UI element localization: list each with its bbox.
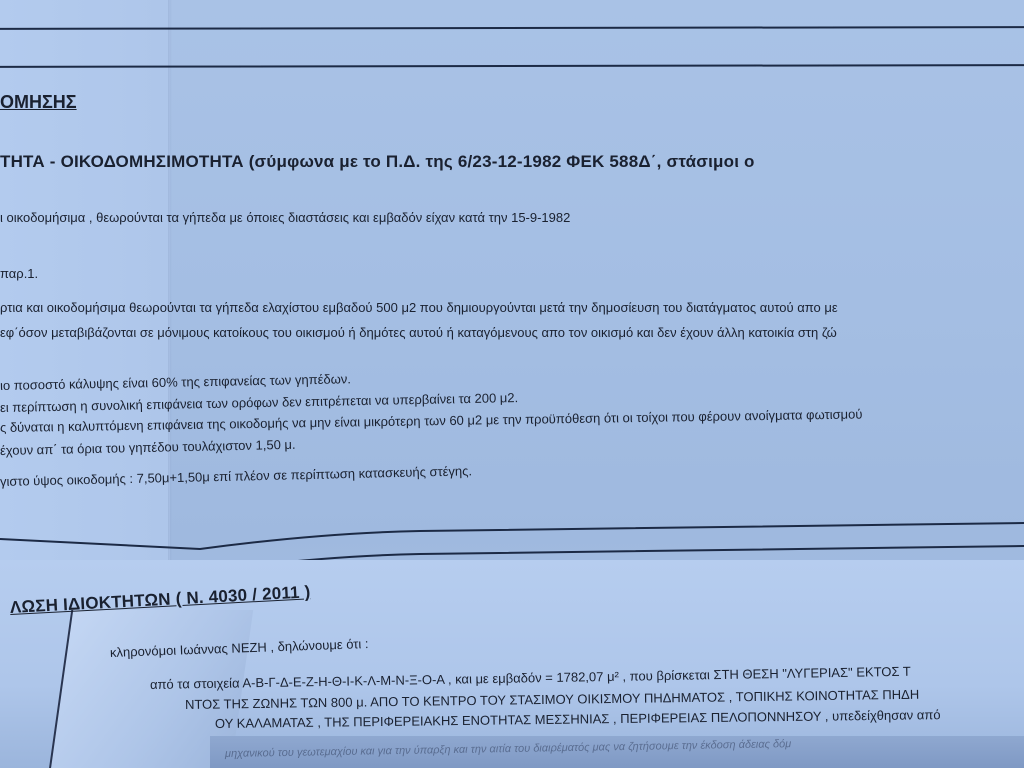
- top-rule-1: [0, 26, 1024, 30]
- paragraph-line: ρτια και οικοδομήσιμα θεωρούνται τα γήπε…: [0, 300, 838, 315]
- section-subheading: ΤΗΤΑ - ΟΙΚΟΔΟΜΗΣΙΜΟΤΗΤΑ (σύμφωνα με το Π…: [0, 152, 755, 172]
- paragraph-line: εφ΄όσον μεταβιβάζονται σε μόνιμους κατοί…: [0, 325, 837, 340]
- paragraph-line: παρ.1.: [0, 266, 38, 281]
- section-heading: ΟΜΗΣΗΣ: [0, 92, 77, 113]
- top-rule-2: [0, 64, 1024, 68]
- paragraph-line: ι οικοδομήσιμα , θεωρούνται τα γήπεδα με…: [0, 210, 570, 225]
